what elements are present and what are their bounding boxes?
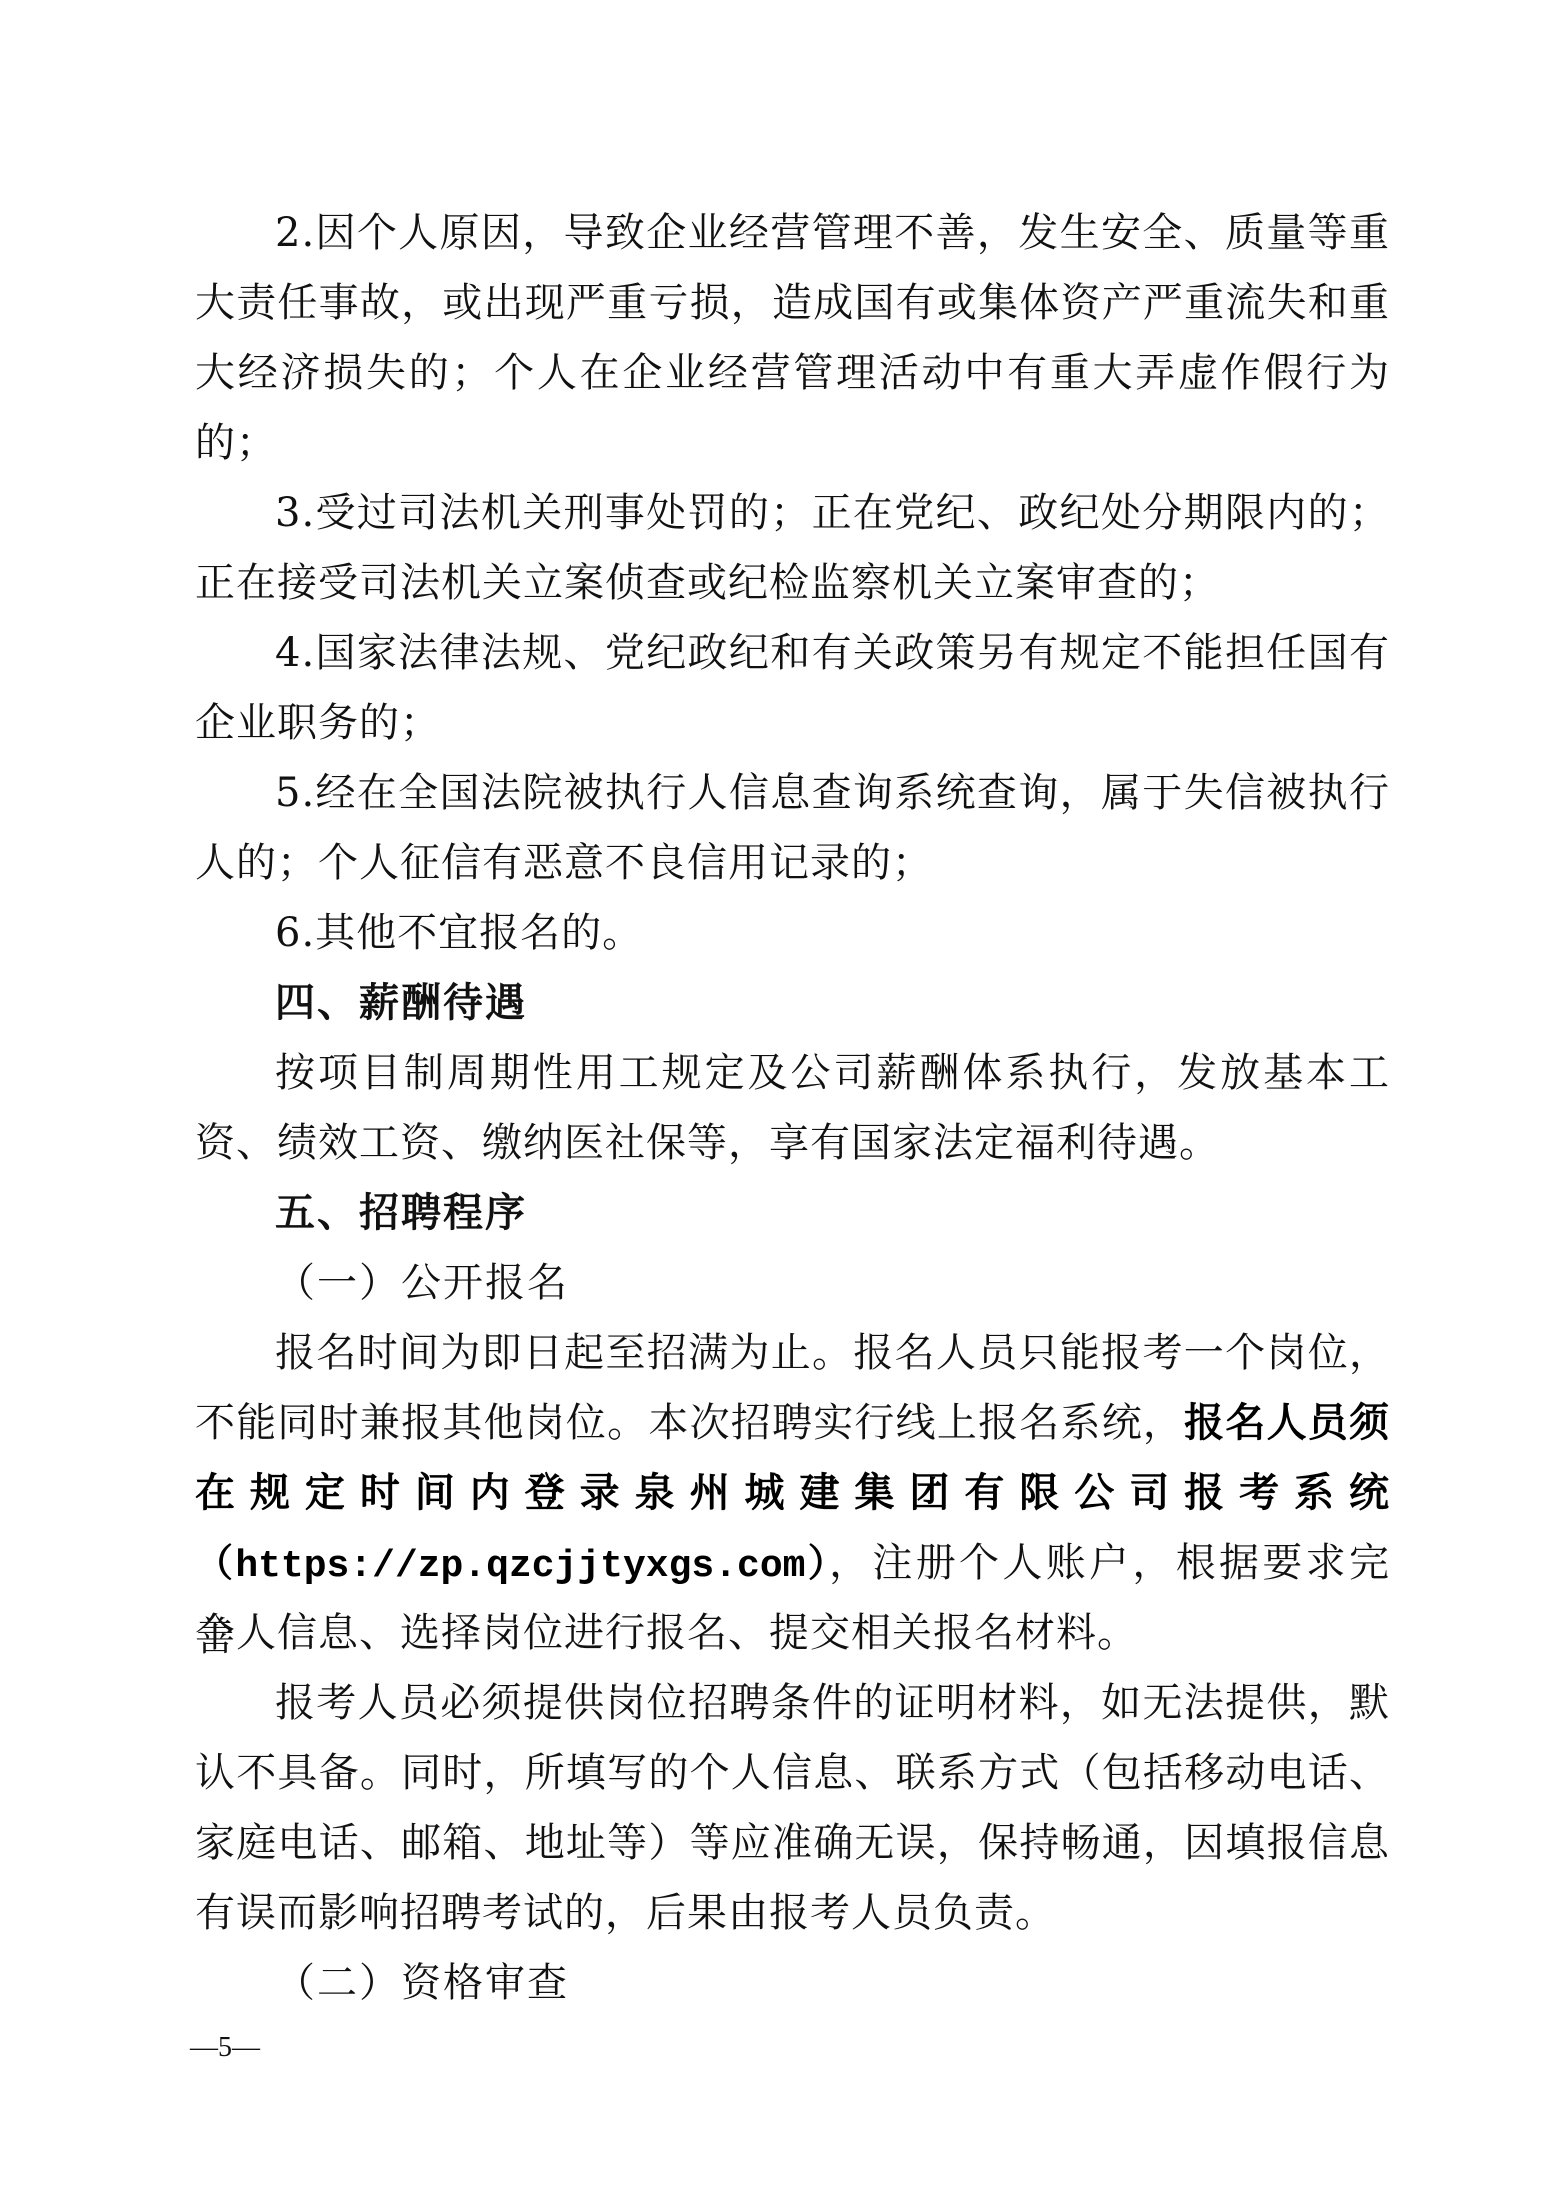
text-line: 6.其他不宜报名的。 <box>195 898 1390 968</box>
text-line: 资、绩效工资、缴纳医社保等，享有国家法定福利待遇。 <box>195 1108 1390 1178</box>
registration-paragraph: 报名时间为即日起至招满为止。报名人员只能报考一个岗位， 不能同时兼报其他岗位。本… <box>195 1318 1390 1668</box>
section-heading-procedure: 五、招聘程序 <box>195 1178 1390 1248</box>
list-item-3: 3.受过司法机关刑事处罚的；正在党纪、政纪处分期限内的； 正在接受司法机关立案侦… <box>195 478 1390 618</box>
text-line: 大责任事故，或出现严重亏损，造成国有或集体资产严重流失和重 <box>195 268 1390 338</box>
text-line: 不能同时兼报其他岗位。本次招聘实行线上报名系统，报名人员须 <box>195 1388 1390 1458</box>
text-line: 个人信息、选择岗位进行报名、提交相关报名材料。 <box>195 1598 1390 1668</box>
text-line: 按项目制周期性用工规定及公司薪酬体系执行，发放基本工 <box>195 1038 1390 1108</box>
text-line: （https://zp.qzcjjtyxgs.com），注册个人账户，根据要求完… <box>195 1528 1390 1598</box>
text-line: 报名时间为即日起至招满为止。报名人员只能报考一个岗位， <box>195 1318 1390 1388</box>
text-line: 报考人员必须提供岗位招聘条件的证明材料，如无法提供，默 <box>195 1668 1390 1738</box>
text-line: 大经济损失的；个人在企业经营管理活动中有重大弄虚作假行为 <box>195 338 1390 408</box>
text-line: 认不具备。同时，所填写的个人信息、联系方式（包括移动电话、 <box>195 1738 1390 1808</box>
document-page: 2.因个人原因，导致企业经营管理不善，发生安全、质量等重 大责任事故，或出现严重… <box>0 0 1546 2188</box>
text-line: 人的；个人征信有恶意不良信用记录的； <box>195 828 1390 898</box>
text-line: 3.受过司法机关刑事处罚的；正在党纪、政纪处分期限内的； <box>195 478 1390 548</box>
bold-text: 报名人员须 <box>1184 1399 1390 1446</box>
text-line: 4.国家法律法规、党纪政纪和有关政策另有规定不能担任国有 <box>195 618 1390 688</box>
page-body: 2.因个人原因，导致企业经营管理不善，发生安全、质量等重 大责任事故，或出现严重… <box>195 198 1390 2018</box>
normal-text: 不能同时兼报其他岗位。本次招聘实行线上报名系统， <box>195 1400 1184 1446</box>
salary-paragraph: 按项目制周期性用工规定及公司薪酬体系执行，发放基本工 资、绩效工资、缴纳医社保等… <box>195 1038 1390 1178</box>
text-line: 家庭电话、邮箱、地址等）等应准确无误，保持畅通，因填报信息 <box>195 1808 1390 1878</box>
text-line: 2.因个人原因，导致企业经营管理不善，发生安全、质量等重 <box>195 198 1390 268</box>
list-item-5: 5.经在全国法院被执行人信息查询系统查询，属于失信被执行 人的；个人征信有恶意不… <box>195 758 1390 898</box>
text-line: 企业职务的； <box>195 688 1390 758</box>
materials-paragraph: 报考人员必须提供岗位招聘条件的证明材料，如无法提供，默 认不具备。同时，所填写的… <box>195 1668 1390 1948</box>
text-line: 有误而影响招聘考试的，后果由报考人员负责。 <box>195 1878 1390 1948</box>
text-line: 5.经在全国法院被执行人信息查询系统查询，属于失信被执行 <box>195 758 1390 828</box>
page-number: —5— <box>190 2028 260 2068</box>
subsection-heading-registration: （一）公开报名 <box>195 1248 1390 1318</box>
bold-text-line: 在规定时间内登录泉州城建集团有限公司报考系统 <box>195 1458 1390 1528</box>
list-item-4: 4.国家法律法规、党纪政纪和有关政策另有规定不能担任国有 企业职务的； <box>195 618 1390 758</box>
list-item-6: 6.其他不宜报名的。 <box>195 898 1390 968</box>
section-heading-salary: 四、薪酬待遇 <box>195 968 1390 1038</box>
registration-url: （https://zp.qzcjjtyxgs.com） <box>195 1545 829 1588</box>
list-item-2: 2.因个人原因，导致企业经营管理不善，发生安全、质量等重 大责任事故，或出现严重… <box>195 198 1390 478</box>
text-line: 的； <box>195 408 1390 478</box>
subsection-heading-qualification: （二）资格审查 <box>195 1948 1390 2018</box>
text-line: 正在接受司法机关立案侦查或纪检监察机关立案审查的； <box>195 548 1390 618</box>
